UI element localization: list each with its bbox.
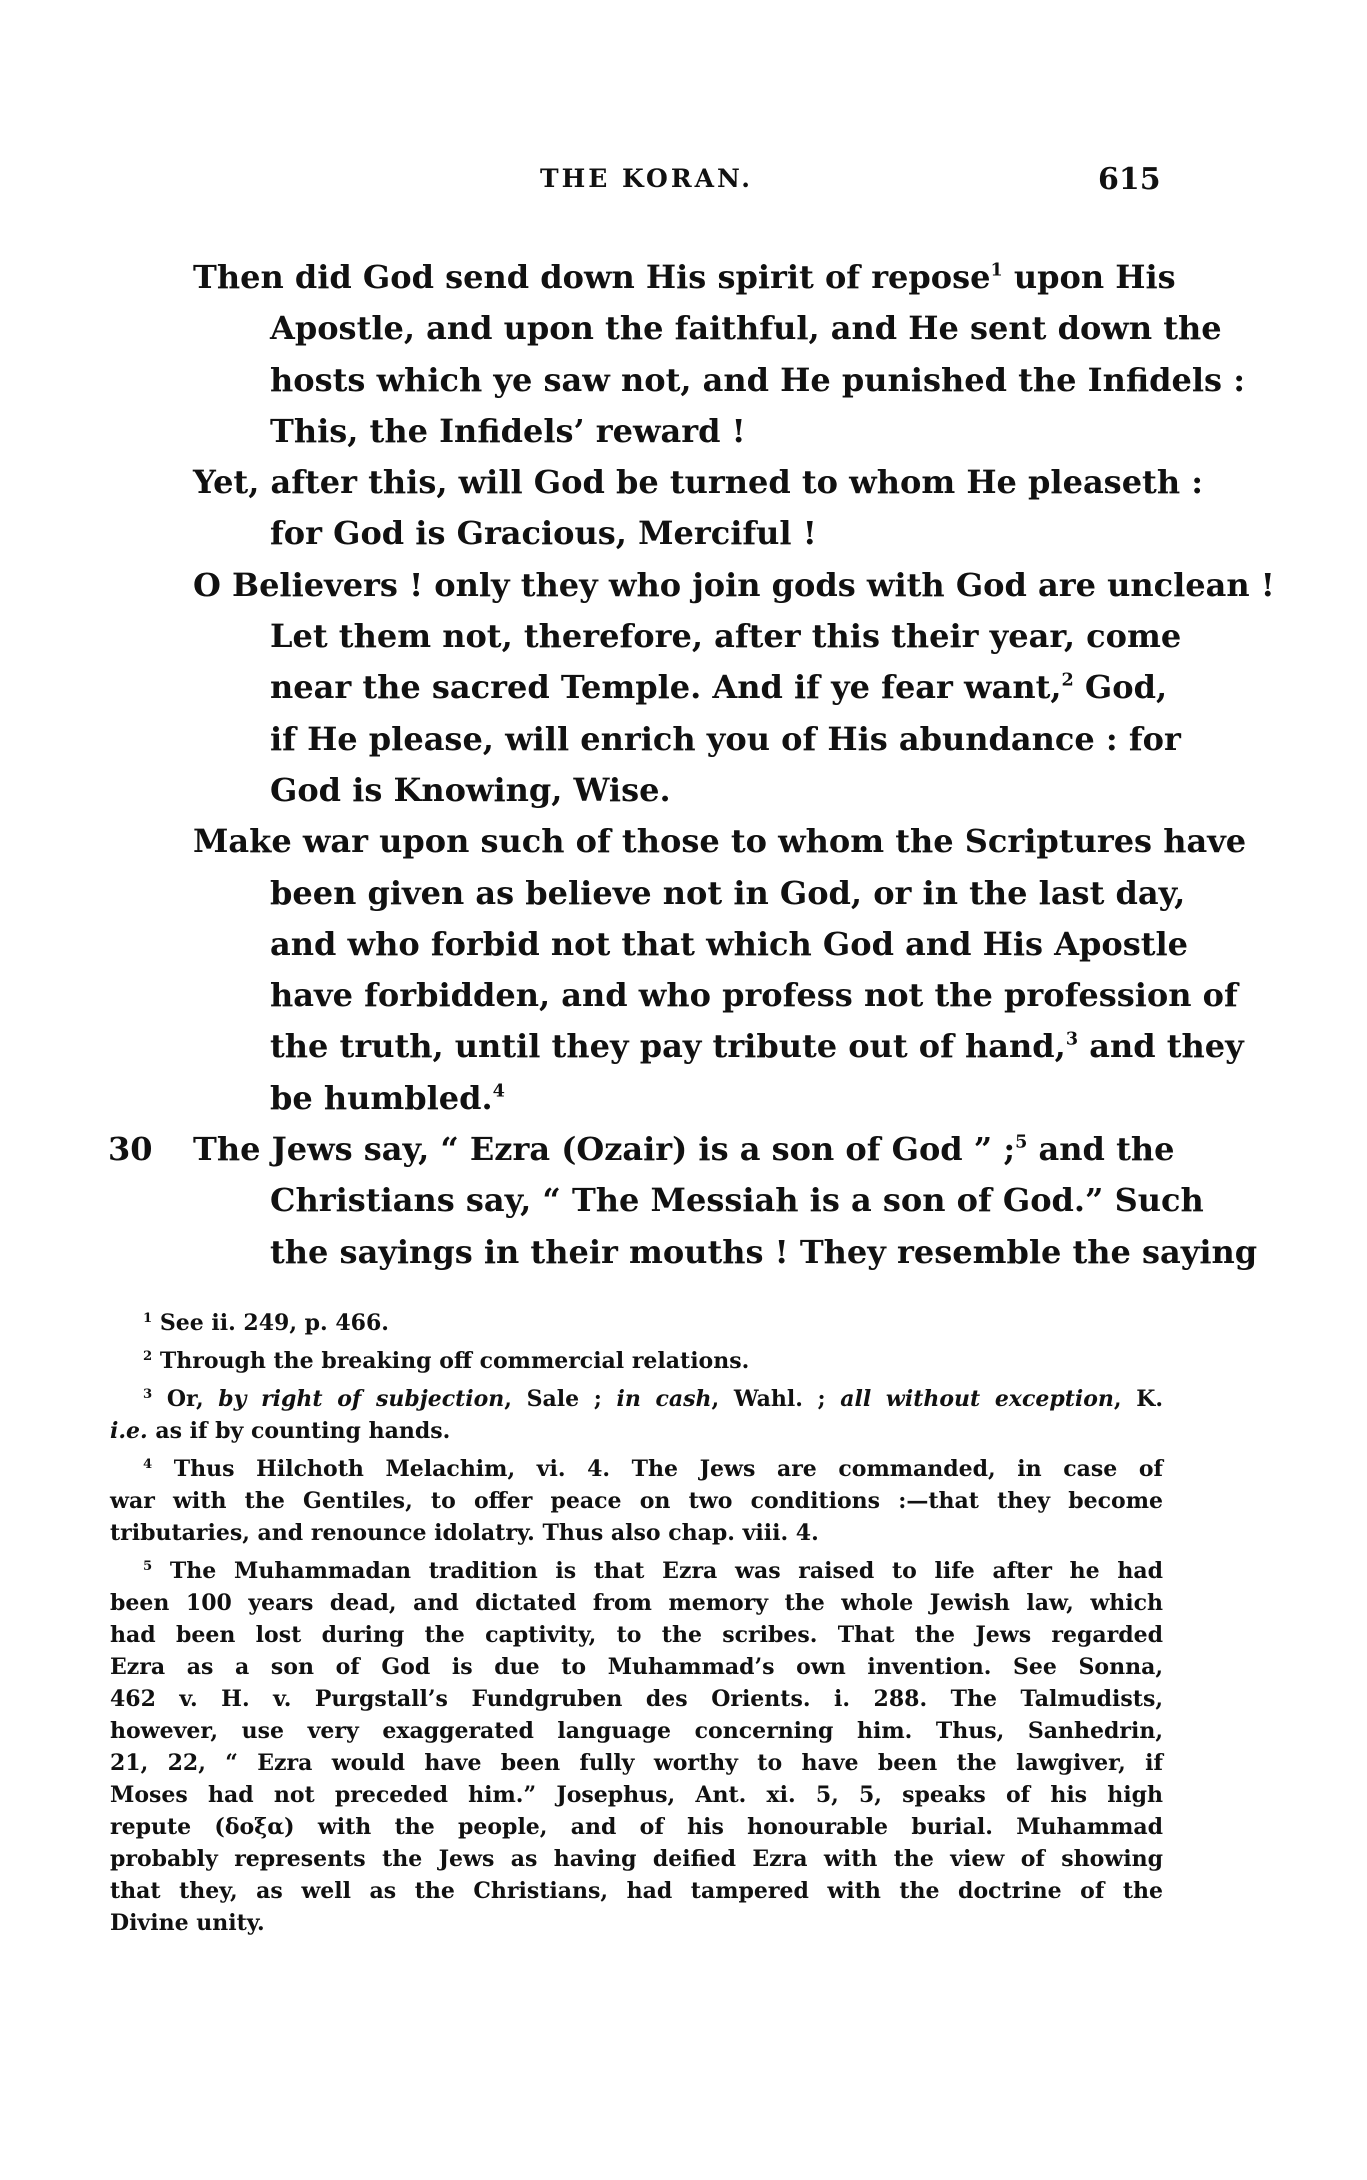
footnote-5-line: Ezra as a son of God is due to Muhammad’… (110, 1654, 1163, 1680)
footnote-5-line: Moses had not preceded him.” Josephus, A… (110, 1782, 1163, 1808)
verse-line: Then did God send down His spirit of rep… (193, 259, 1162, 295)
verse-line: the sayings in their mouths ! They resem… (270, 1234, 1162, 1270)
footnote-2: 2 Through the breaking off commercial re… (143, 1348, 1163, 1374)
verse-line: be humbled.4 (270, 1080, 1162, 1116)
verse-line: The Jews say, “ Ezra (Ozair) is a son of… (193, 1131, 1162, 1167)
footnote-5-line: 462 v. H. v. Purgstall’s Fundgruben des … (110, 1686, 1163, 1712)
footnote-ref[interactable]: 1 (991, 260, 1003, 281)
footnote-5-line: 21, 22, “ Ezra would have been fully wor… (110, 1750, 1163, 1776)
verse-line: Let them not, therefore, after this thei… (270, 618, 1162, 654)
verse-line: the truth, until they pay tribute out of… (270, 1028, 1162, 1064)
footnote-5-line: probably represents the Jews as having d… (110, 1846, 1163, 1872)
footnote-4-line: tributaries, and renounce idolatry. Thus… (110, 1520, 1163, 1546)
verse-line: near the sacred Temple. And if ye fear w… (270, 669, 1162, 705)
verse-line: if He please, will enrich you of His abu… (270, 721, 1162, 757)
footnote-3-line: i.e. as if by counting hands. (110, 1418, 1163, 1444)
page-number: 615 (1098, 162, 1161, 197)
verse-line: This, the Infidels’ reward ! (270, 413, 1162, 449)
footnote-5-line: that they, as well as the Christians, ha… (110, 1878, 1163, 1904)
footnote-ref[interactable]: 2 (1062, 670, 1074, 691)
verse-line: God is Knowing, Wise. (270, 772, 1162, 808)
footnote-5-line: repute (δοξα) with the people, and of hi… (110, 1814, 1163, 1840)
verse-line: Apostle, and upon the faithful, and He s… (270, 310, 1162, 346)
verse-line: O Believers ! only they who join gods wi… (193, 567, 1162, 603)
footnote-3: 3 Or, by right of subjection, Sale ; in … (143, 1386, 1163, 1412)
footnote-5-line: Divine unity. (110, 1910, 1163, 1936)
footnote-5-line: had been lost during the captivity, to t… (110, 1622, 1163, 1648)
verse-line: Make war upon such of those to whom the … (193, 823, 1162, 859)
footnote-ref[interactable]: 3 (1066, 1029, 1078, 1050)
verse-line: have forbidden, and who profess not the … (270, 977, 1162, 1013)
verse-line: for God is Gracious, Merciful ! (270, 515, 1162, 551)
footnote-ref[interactable]: 5 (1015, 1132, 1027, 1153)
footnote-1: 1 See ii. 249, p. 466. (143, 1310, 1163, 1336)
verse-line: Christians say, “ The Messiah is a son o… (270, 1182, 1162, 1218)
footnote-5: 5 The Muhammadan tradition is that Ezra … (143, 1558, 1163, 1584)
footnote-4-line: war with the Gentiles, to offer peace on… (110, 1488, 1163, 1514)
footnote-5-line: however, use very exaggerated language c… (110, 1718, 1163, 1744)
footnote-5-line: been 100 years dead, and dictated from m… (110, 1590, 1163, 1616)
verse-number: 30 (108, 1131, 153, 1167)
footnote-ref[interactable]: 4 (493, 1081, 505, 1102)
verse-line: and who forbid not that which God and Hi… (270, 926, 1162, 962)
footnote-4: 4 Thus Hilchoth Melachim, vi. 4. The Jew… (143, 1456, 1163, 1482)
verse-line: been given as believe not in God, or in … (270, 875, 1162, 911)
verse-line: hosts which ye saw not, and He punished … (270, 362, 1162, 398)
running-title: THE KORAN. (540, 164, 753, 193)
verse-line: Yet, after this, will God be turned to w… (193, 464, 1162, 500)
